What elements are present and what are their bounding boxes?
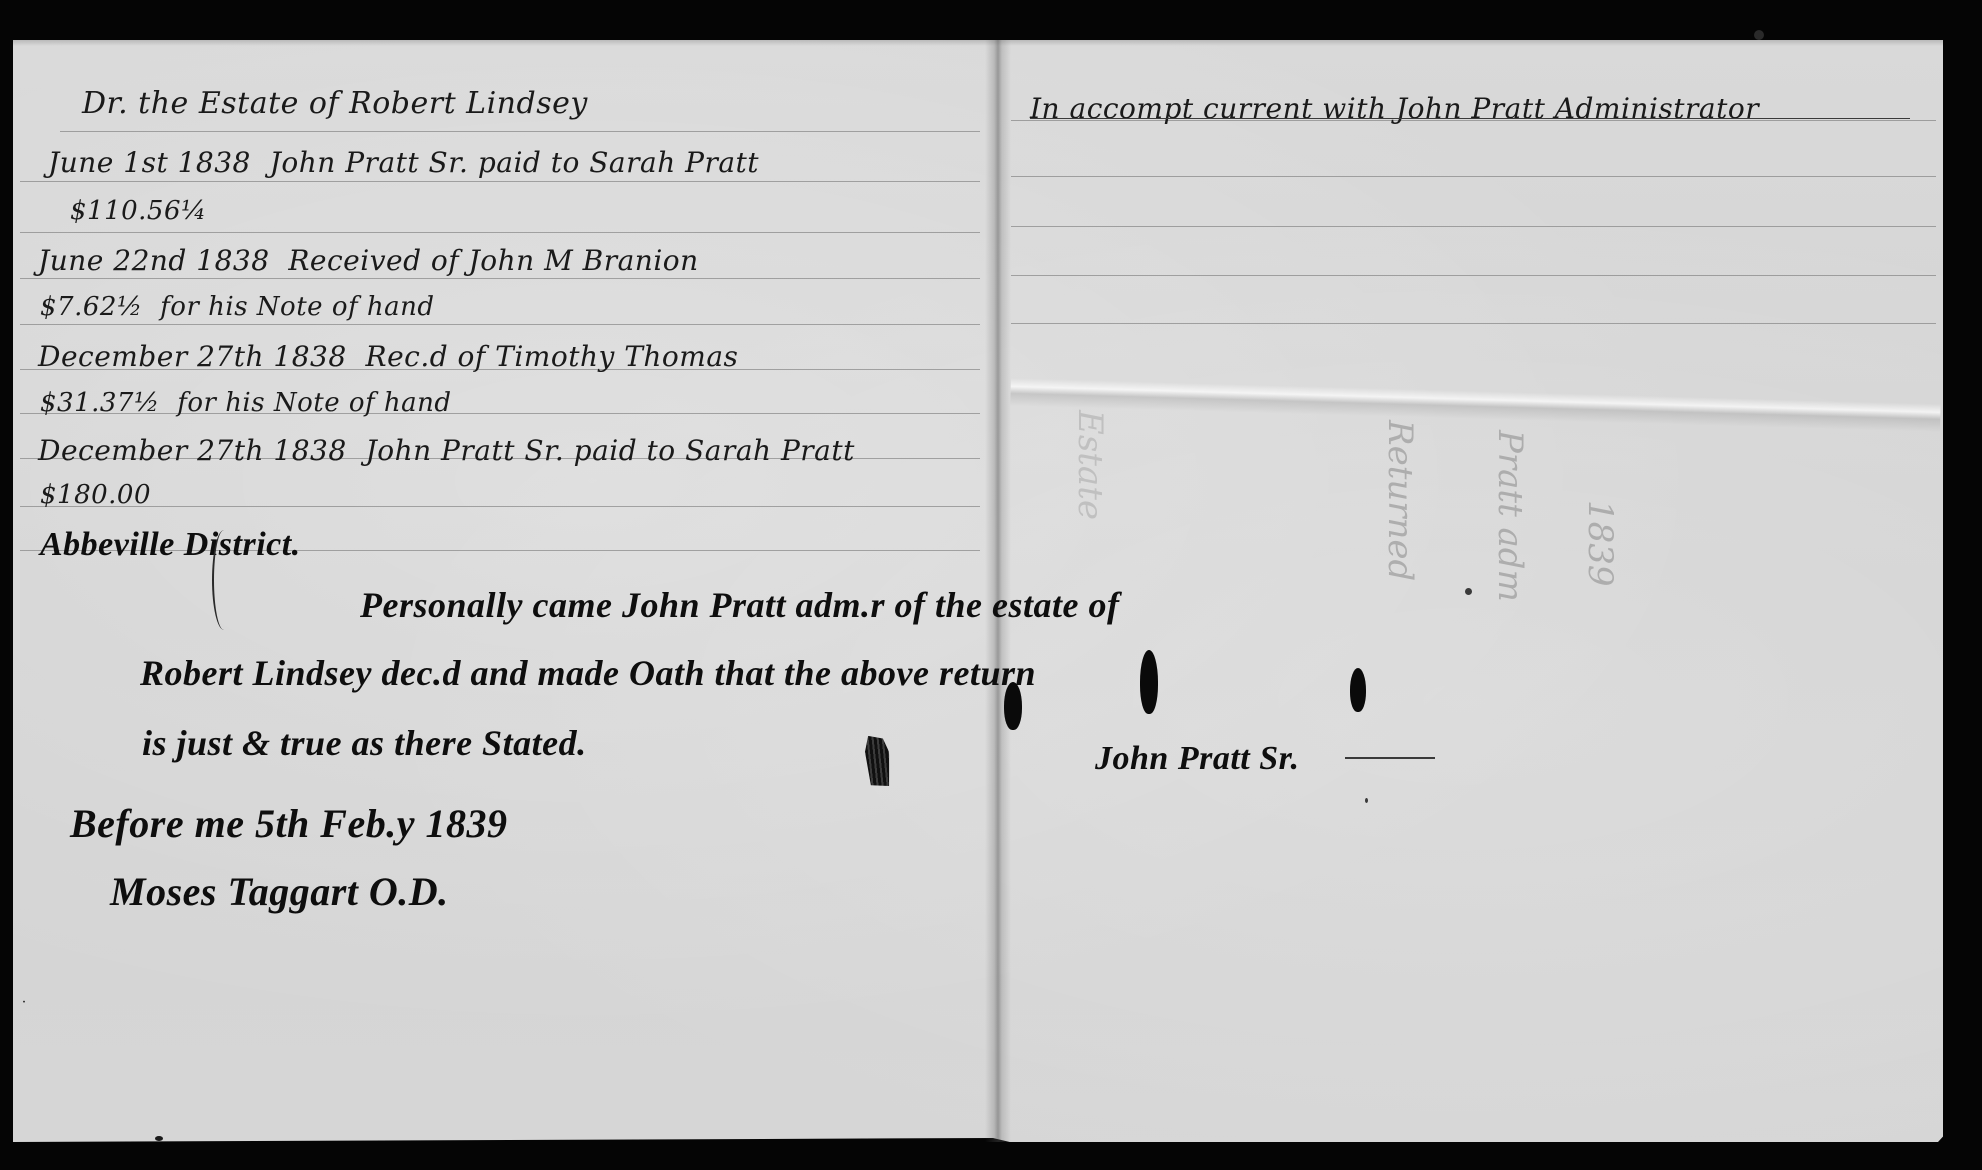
ink-blot: [1004, 682, 1022, 730]
entry-2-line: June 22nd 1838 Received of John M Branio…: [38, 244, 699, 277]
ruled-line: [20, 232, 980, 233]
paper-speck: [1754, 30, 1764, 40]
entry-note: for his Note of hand: [160, 292, 434, 322]
entry-note: for his Note of hand: [177, 388, 451, 418]
entry-description: Rec.d of Timothy Thomas: [366, 340, 739, 373]
paper-speck: [155, 1136, 163, 1141]
paper-speck: [1365, 798, 1368, 803]
ruled-line: [1011, 275, 1936, 276]
ruled-line: [60, 131, 980, 132]
entry-4-amount: $180.00: [40, 480, 151, 510]
entry-3-line: December 27th 1838 Rec.d of Timothy Thom…: [38, 340, 738, 373]
margin-mark: ˙: [20, 998, 28, 1017]
entry-date: December 27th 1838: [38, 340, 347, 373]
district-bracket: [212, 530, 236, 630]
entry-date: June 1st 1838: [48, 146, 251, 179]
entry-1-amount: $110.56¼: [70, 196, 207, 226]
ruled-line: [20, 506, 980, 507]
entry-description: John Pratt Sr. paid to Sarah Pratt: [270, 146, 759, 179]
oath-line-3: is just & true as there Stated.: [142, 722, 587, 764]
ruled-line: [20, 324, 980, 325]
bleed-through-text: Pratt adm: [1490, 430, 1530, 602]
oath-line-1: Personally came John Pratt adm.r of the …: [360, 584, 1119, 626]
administrator-signature: John Pratt Sr.: [1095, 740, 1299, 778]
entry-date: December 27th 1838: [38, 434, 347, 467]
entry-amount: $31.37½: [40, 388, 160, 418]
entry-description: John Pratt Sr. paid to Sarah Pratt: [366, 434, 855, 467]
signature-flourish: [1345, 757, 1435, 759]
entry-1-date: June 1st 1838 John Pratt Sr. paid to Sar…: [48, 146, 759, 179]
ink-blot: [1350, 668, 1366, 712]
paper-speck: [1465, 588, 1472, 595]
heading-underline: [1030, 118, 1910, 119]
entry-description: Received of John M Branion: [288, 244, 698, 277]
entry-2-amount-line: $7.62½ for his Note of hand: [40, 292, 435, 322]
right-page-heading: In accompt current with John Pratt Admin…: [1030, 92, 1759, 125]
ruled-line: [1011, 226, 1936, 227]
entry-amount: $7.62½: [40, 292, 143, 322]
entry-4-line: December 27th 1838 John Pratt Sr. paid t…: [38, 434, 855, 467]
attestation-magistrate: Moses Taggart O.D.: [110, 868, 449, 915]
bleed-through-text: Returned: [1380, 420, 1420, 581]
district-label: Abbeville District.: [40, 526, 301, 564]
ruled-line: [1011, 176, 1936, 177]
bleed-through-text: 1839: [1580, 500, 1620, 587]
attestation-date: Before me 5th Feb.y 1839: [70, 800, 508, 847]
ruled-line: [20, 278, 980, 279]
entry-3-amount-line: $31.37½ for his Note of hand: [40, 388, 452, 418]
oath-line-2: Robert Lindsey dec.d and made Oath that …: [140, 652, 1036, 694]
bleed-through-text: Estate: [1070, 410, 1110, 520]
ink-blot: [1140, 650, 1158, 714]
ruled-line: [20, 181, 980, 182]
entry-date: June 22nd 1838: [38, 244, 270, 277]
ruled-line: [1011, 323, 1936, 324]
left-page-heading: Dr. the Estate of Robert Lindsey: [82, 86, 588, 121]
